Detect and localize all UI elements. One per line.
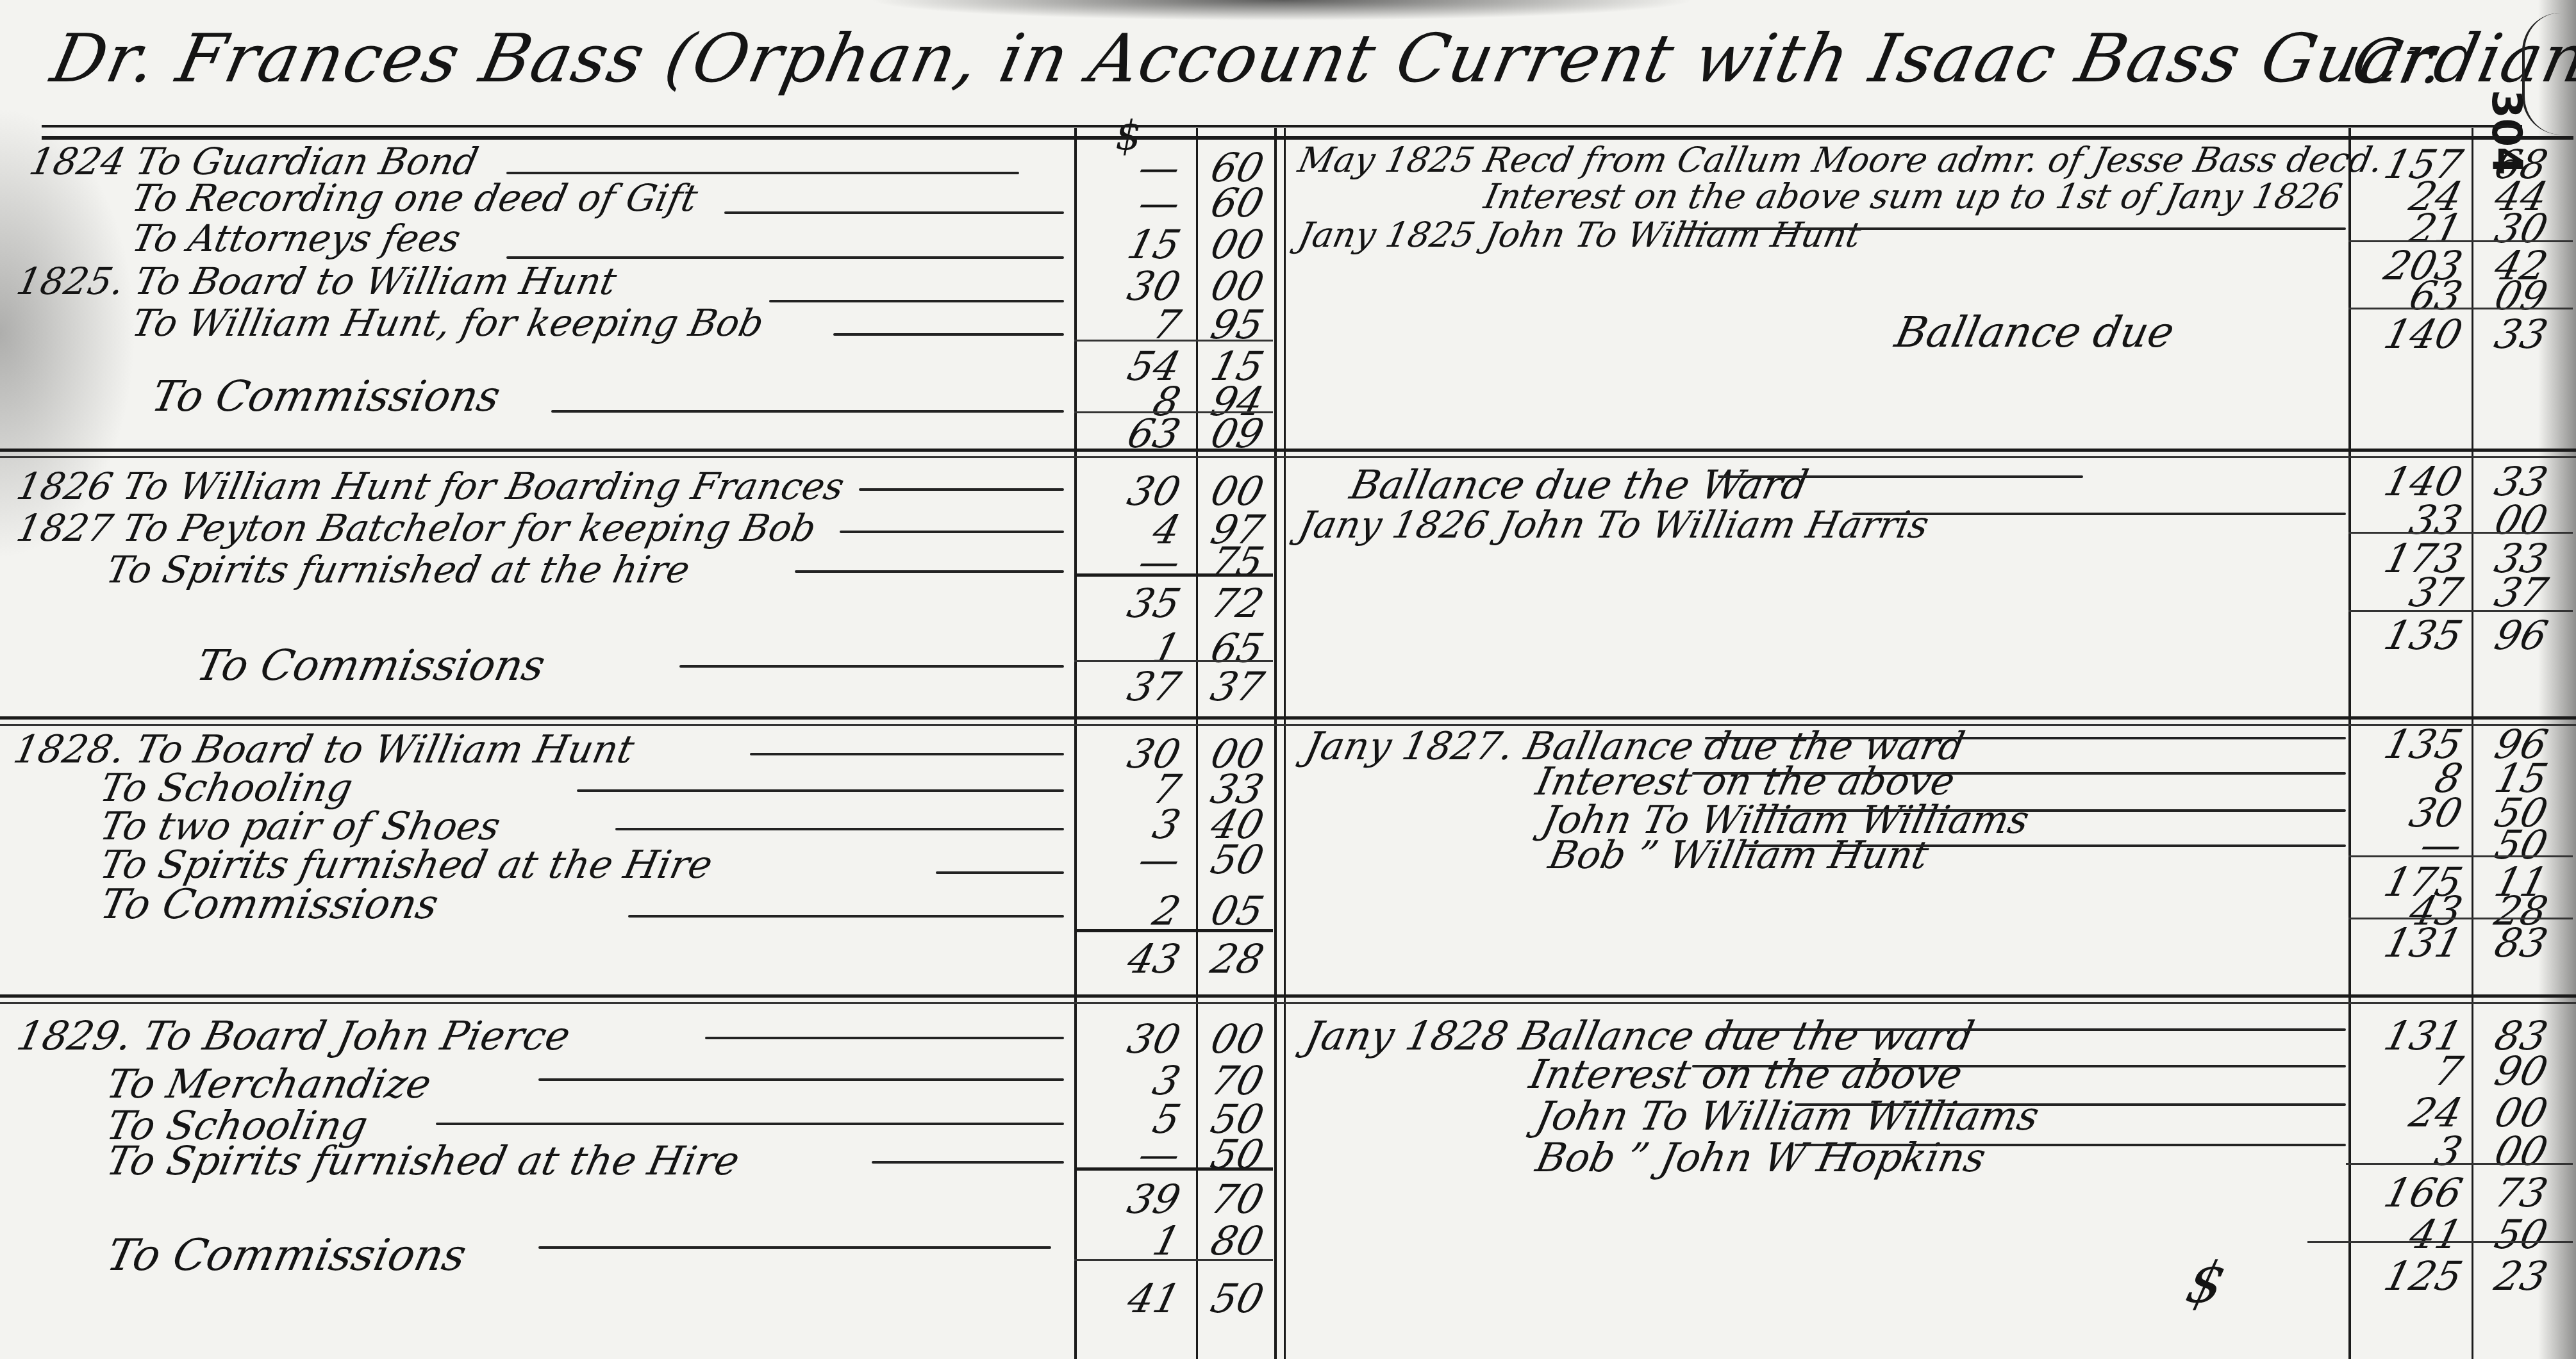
credit-entry: Jany 1826 John To William Harris [1295,503,1932,547]
section-divider-3 [0,994,2576,998]
credit-dollars: 37 [2343,569,2467,616]
leader-line [1718,475,2083,478]
ledger-title: Dr. Frances Bass (Orphan, in Account Cur… [45,19,2576,97]
balance-dollars: 131 [2343,919,2467,966]
leader-line [615,828,1064,830]
credit-start-rule [1284,128,1286,1359]
subtotal-cents: 70 [1193,1176,1268,1223]
debit-entry: To William Hunt, for keeping Bob [128,301,768,345]
leader-line [840,531,1064,533]
debit-entry: To Merchandize [103,1060,435,1107]
subtotal-cents: 73 [2467,1169,2552,1216]
debit-cents: 50 [1193,1131,1268,1178]
leader-line [551,410,1064,413]
credit-entry: Ballance due the Ward [1346,461,1813,508]
leader-line [724,211,1064,214]
debit-entry: 1827 To Peyton Batchelor for keeping Bob [13,506,820,550]
debit-entry: 1825. To Board to William Hunt [13,259,620,303]
balance-dollars: 135 [2343,612,2467,659]
leader-line [1756,809,2346,812]
balance-cents: 83 [2467,919,2552,966]
leader-line [750,753,1064,755]
leader-line [1705,737,2346,739]
balance-due-label: Ballance due [1891,308,2179,357]
debit-entry: To Commissions [96,881,442,928]
commission-dollars: 2 [1071,887,1185,934]
leader-line [628,915,1064,918]
credit-cents: 37 [2467,569,2552,616]
credit-dollars: 3 [2343,1128,2467,1174]
debit-entry: 1826 To William Hunt for Boarding France… [13,465,848,508]
subtotal-dollars: 35 [1071,580,1185,627]
subtotal-dollars: 166 [2343,1169,2467,1216]
total-cents: 37 [1193,663,1268,710]
debit-dollars: — [1071,538,1185,585]
dollar-sign: $ [2165,1249,2232,1315]
leader-line [936,871,1064,874]
page-number-stamp: 304 [2522,13,2576,135]
subtotal-dollars: 39 [1071,1176,1185,1223]
leader-line [1852,513,2346,515]
leader-line [506,256,1064,259]
credit-label: Cr. [2346,26,2450,97]
balance-dollars: 140 [2343,311,2467,358]
section-divider-2 [0,716,2576,720]
total-cents: 50 [1193,1275,1268,1322]
leader-line [833,333,1064,336]
debit-entry: To Recording one deed of Gift [128,176,702,220]
leader-line [769,300,1064,302]
total-dollars: 37 [1071,663,1185,710]
leader-line [436,1123,1064,1125]
balance-cents: 96 [2467,612,2552,659]
subtotal-rule [2348,855,2573,857]
section-divider-3b [0,1002,2576,1004]
credit-entry: Jany 1825 John To William Hunt [1295,215,1865,255]
balance-dollars: 125 [2343,1253,2467,1299]
credit-dollars: 7 [2343,1048,2467,1094]
credit-entry: Bob ” John W Hopkins [1532,1134,1990,1181]
debit-entry: 1829. To Board John Pierce [13,1012,574,1059]
ledger-page: Dr. Frances Bass (Orphan, in Account Cur… [0,0,2576,1359]
total-rule [2307,1241,2573,1243]
total-cents: 28 [1193,935,1268,982]
debit-entry: To Commissions [147,372,504,421]
total-cents: 09 [1193,410,1268,457]
total-rule [2348,308,2573,309]
commission-cents: 80 [1193,1217,1268,1264]
leader-line [859,488,1064,491]
debit-cents: 50 [1193,836,1268,883]
credit-entry: May 1825 Recd from Callum Moore admr. of… [1295,140,2387,180]
debit-dollars: 15 [1071,221,1185,268]
debit-cents: 00 [1193,221,1268,268]
leader-line [506,172,1019,174]
subtotal-rule [1074,573,1273,577]
credit-entry: Interest on the above sum up to 1st of J… [1481,176,2346,217]
credit-cents: 50 [2467,1211,2552,1258]
leader-line [1795,1103,2346,1106]
balance-cents: 23 [2467,1253,2552,1299]
section-divider-1b [0,456,2576,458]
subtotal-rule [2348,532,2573,534]
debit-dollars: — [1071,836,1185,883]
credit-dollars: 41 [2343,1211,2467,1258]
subtotal-cents: 72 [1193,580,1268,627]
leader-line [1743,844,2346,847]
debit-dollars: — [1071,179,1185,226]
debit-entry: To Commissions [103,1230,470,1281]
debit-dollars: — [1071,1131,1185,1178]
leader-line [705,1037,1064,1039]
leader-line [1718,1028,2346,1031]
debit-cents: 60 [1193,179,1268,226]
debit-entry: To Spirits furnished at the hire [103,548,694,591]
leader-line [1679,227,2346,230]
total-rule [1074,929,1273,932]
commission-cents: 05 [1193,887,1268,934]
subtotal-rule [1074,340,1273,342]
debit-cents: 00 [1193,1016,1268,1062]
leader-line [679,665,1064,668]
leader-line [1692,772,2346,775]
subtotal-rule [2346,1163,2573,1165]
debit-cents: 75 [1193,538,1268,585]
section-divider-1 [0,449,2576,452]
debit-dollars: 30 [1071,1016,1185,1062]
balance-cents: 33 [2467,311,2552,358]
debit-entry: To Commissions [192,641,549,690]
credit-entry: John To William Williams [1532,1092,2043,1139]
total-dollars: 41 [1071,1275,1185,1322]
credit-cents: 00 [2467,1128,2552,1174]
leader-line [795,570,1064,573]
leader-line [1795,1144,2346,1146]
leader-line [538,1246,1051,1249]
section-divider-2b [0,724,2576,726]
commission-dollars: 1 [1071,1217,1185,1264]
leader-line [538,1078,1064,1081]
debit-entry: To Attorneys fees [128,217,465,260]
total-dollars: 63 [1071,410,1185,457]
credit-entry: Interest on the above [1525,1051,1966,1098]
subtotal-rule [1074,1167,1273,1171]
header-rule-top [42,125,2522,128]
credit-entry: Bob ” William Hunt [1545,833,1932,878]
leader-line [1692,1065,2346,1067]
credit-cents: 90 [2467,1048,2552,1094]
total-rule [1074,1259,1273,1261]
debit-entry: To Spirits furnished at the Hire [103,1137,744,1184]
leader-line [577,789,1064,792]
left-end-rule [1274,128,1277,1359]
leader-line [872,1161,1064,1164]
total-dollars: 43 [1071,935,1185,982]
total-rule [1074,660,1273,662]
